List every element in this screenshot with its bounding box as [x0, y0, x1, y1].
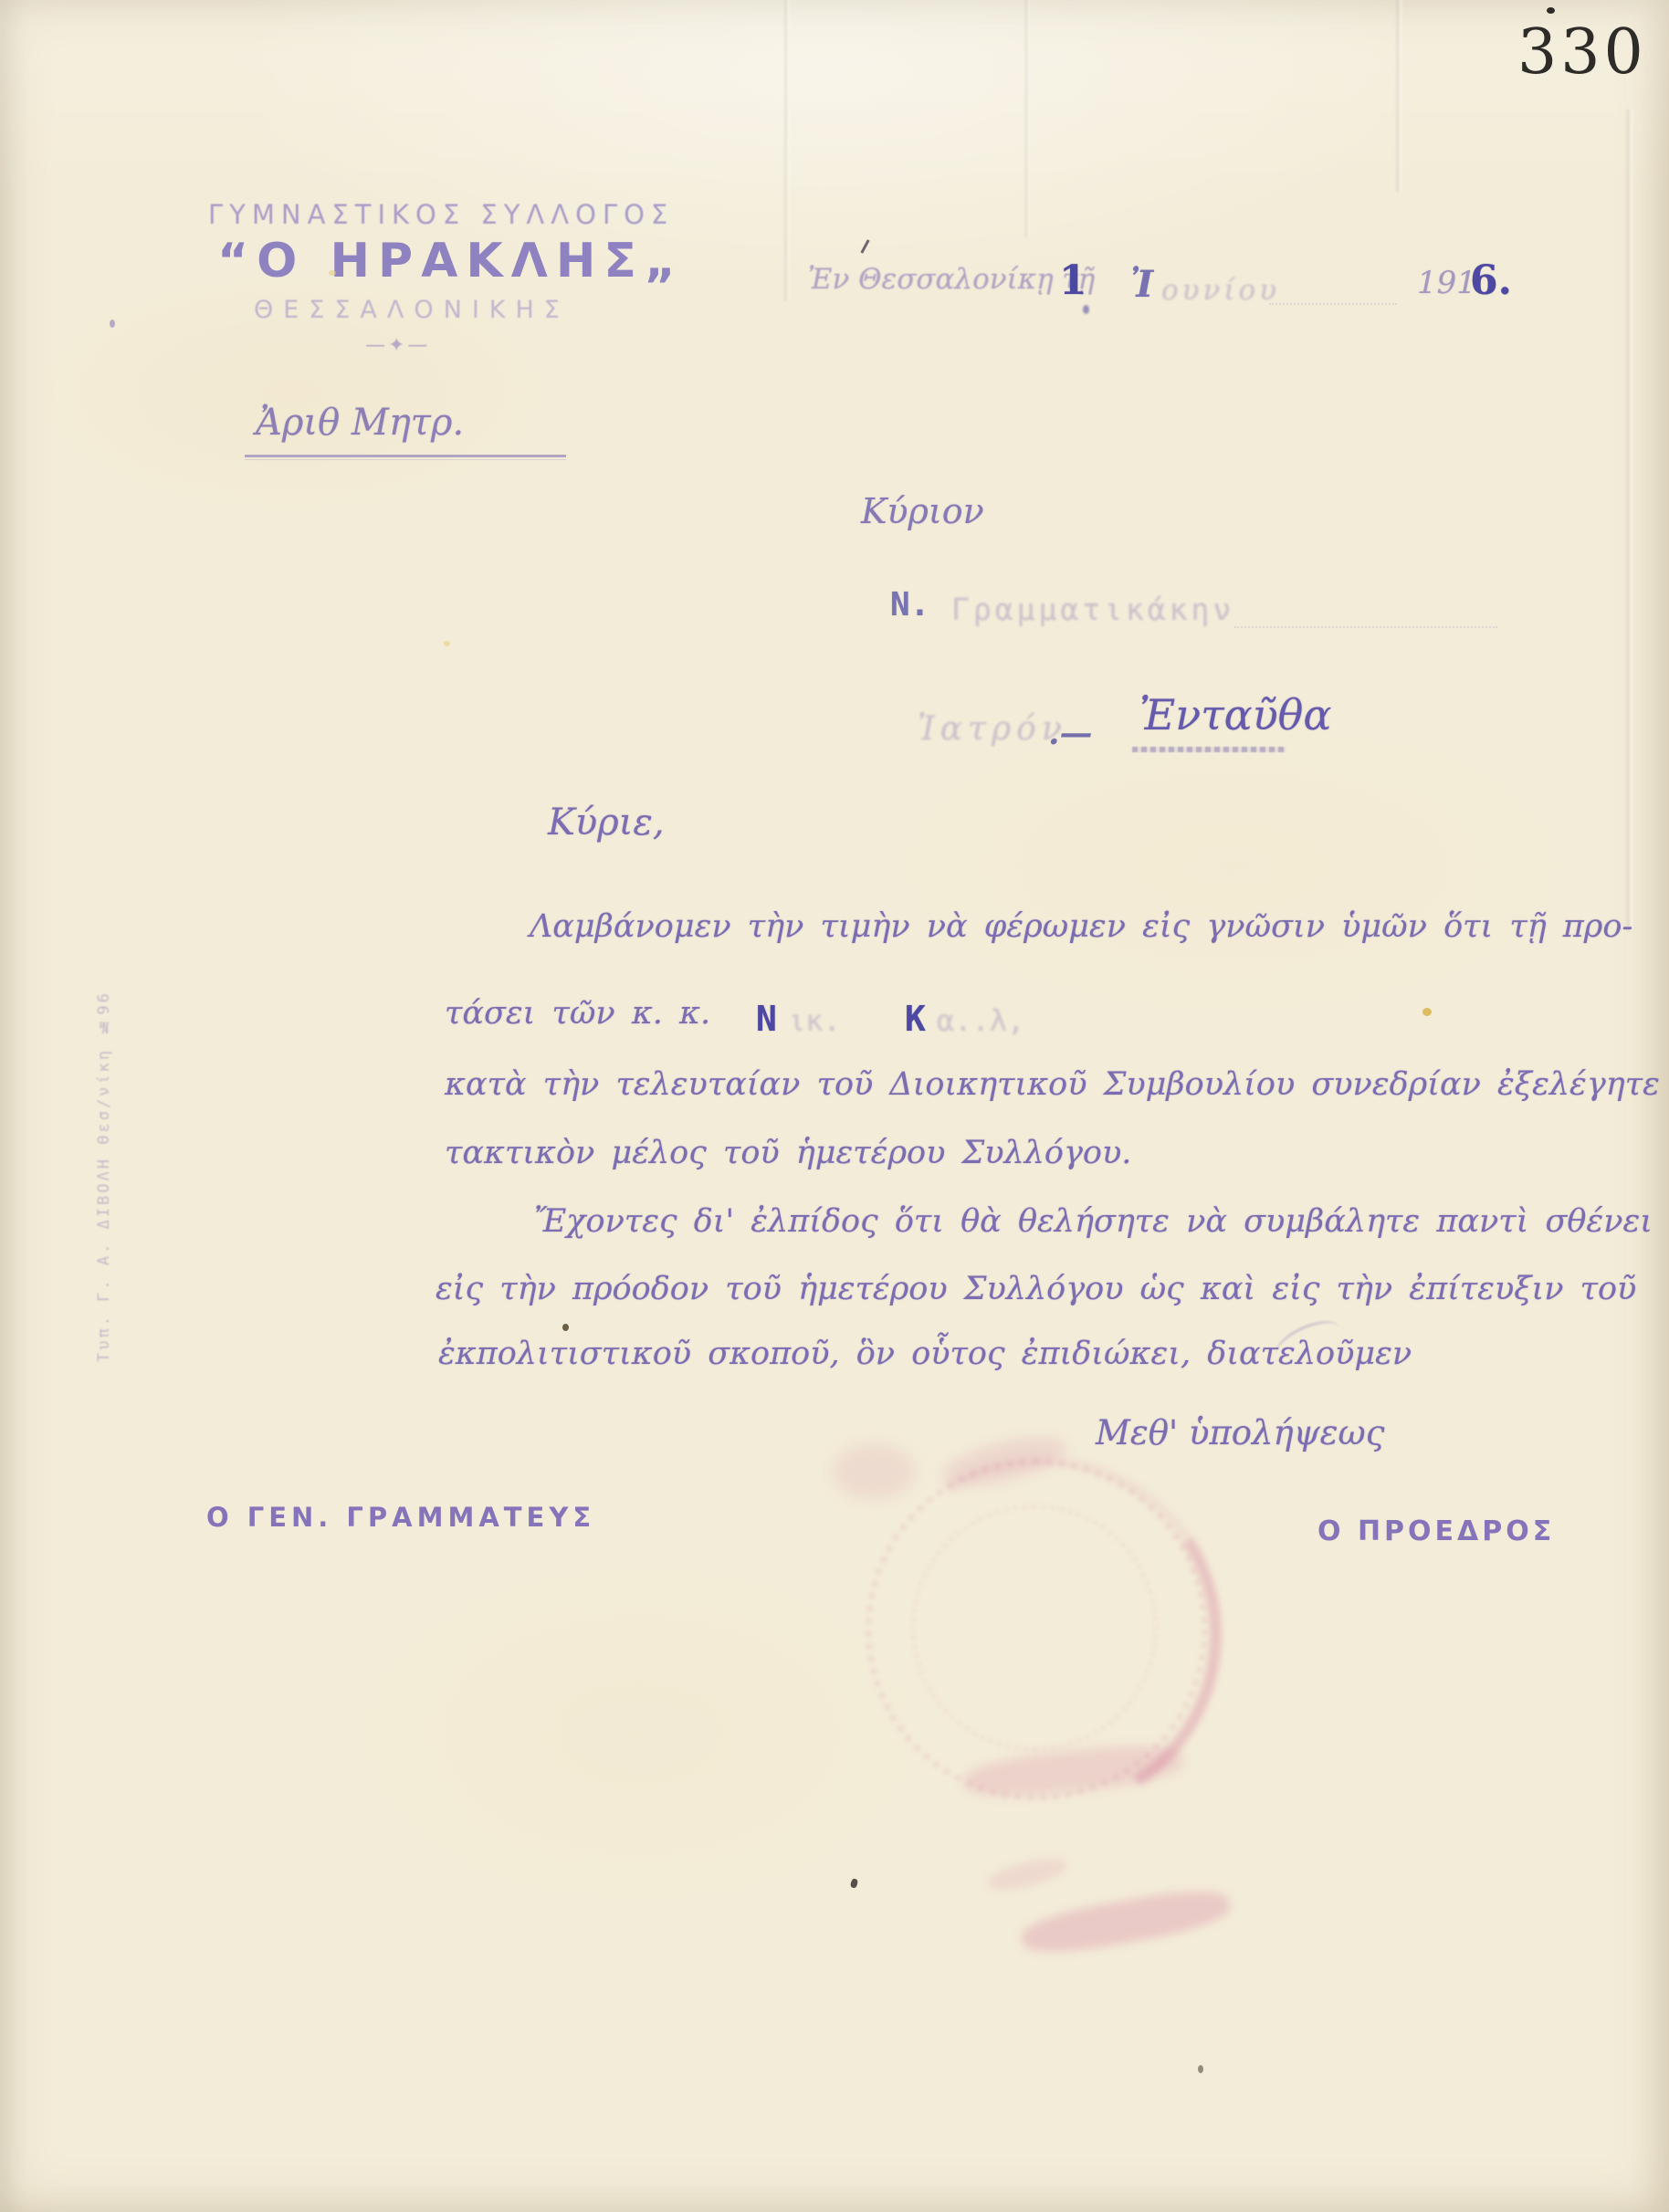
member-first-faint: ικ.	[788, 1003, 841, 1038]
member-name-line: Ν ικ. Κ α..λ,	[756, 999, 1024, 1039]
body-line: Λαμβάνομεν τὴν τιμὴν νὰ φέρωμεν εἰς γνῶσ…	[530, 908, 1632, 945]
body-line: τακτικὸν μέλος τοῦ ἡμετέρου Συλλόγου.	[445, 1135, 1131, 1171]
dateline-place: Ἐν Θεσσαλονίκῃ τῇ	[808, 263, 1095, 296]
dateline-year-digit: 6.	[1470, 257, 1512, 304]
ink-speck	[850, 1878, 858, 1888]
red-stamp-smudge	[833, 1444, 915, 1499]
letterhead-org-name: ΓΥΜΝΑΣΤΙΚΟΣ ΣΥΛΛΟΓΟΣ	[208, 199, 674, 230]
letterhead-club-name: “Ο ΗΡΑΚΛΗΣ„	[217, 234, 684, 288]
addressee-title-faint: Ἰατρόν	[918, 710, 1067, 748]
ink-mark	[1083, 305, 1089, 314]
addressee-dotted-leader	[1234, 624, 1497, 628]
pen-mark	[860, 239, 869, 254]
paper-crease	[1395, 0, 1403, 192]
signature-secretary-title: Ο ΓΕΝ. ΓΡΑΜΜΑΤΕΥΣ	[206, 1502, 595, 1533]
body-line: εἰς τὴν πρόοδον τοῦ ἡμετέρου Συλλόγου ὡς…	[436, 1271, 1636, 1307]
dateline-day: 1	[1059, 257, 1087, 304]
body-line: ἐκπολιτιστικοῦ σκοποῦ, ὃν οὗτος ἐπιδιώκε…	[438, 1336, 1412, 1372]
member-last-initial: Κ	[905, 999, 926, 1039]
addressee-location: Ἐνταῦθα	[1139, 690, 1331, 739]
body-line: τάσει τῶν κ. κ.	[445, 995, 710, 1032]
paper-crease	[1625, 110, 1634, 931]
dateline-dotted-leader	[1269, 301, 1397, 305]
paper-speck	[562, 1324, 569, 1331]
addressee-name-faint: Γραμματικάκην	[951, 592, 1234, 627]
body-line: Ἔχοντες δι' ἐλπίδος ὅτι θὰ θελήσητε νὰ σ…	[534, 1203, 1653, 1240]
signature-president-title: Ο ΠΡΟΕΔΡΟΣ	[1317, 1515, 1555, 1547]
scanned-letter-page: 330 ΓΥΜΝΑΣΤΙΚΟΣ ΣΥΛΛΟΓΟΣ “Ο ΗΡΑΚΛΗΣ„ ΘΕΣ…	[0, 0, 1669, 2212]
registry-underline	[245, 455, 566, 460]
dateline-year-printed: 191	[1417, 265, 1476, 301]
member-first-initial: Ν	[756, 999, 777, 1039]
ink-dot	[1547, 7, 1555, 14]
paper-speck	[329, 270, 336, 276]
addressee-name-initial: Ν.	[890, 586, 929, 624]
page-number: 330	[1517, 16, 1647, 89]
letterhead-city: ΘΕΣΣΑΛΟΝΙΚΗΣ	[254, 296, 570, 324]
location-underline	[1132, 747, 1286, 752]
paper-crease	[783, 0, 791, 301]
dateline-month-initial: Ἰ	[1130, 263, 1153, 306]
member-last-faint: α..λ,	[937, 1003, 1024, 1038]
closing-phrase: Μεθ' ὑπολήψεως	[1096, 1413, 1384, 1452]
printer-imprint: Τυπ. Γ. Α. ΔΙΒΟΛΗ Θεσ/νίκη №96	[95, 979, 113, 1362]
addressee-dash: .—	[1048, 714, 1093, 752]
divider-ornament-icon: —✦—	[365, 334, 430, 357]
body-line: κατὰ τὴν τελευταίαν τοῦ Διοικητικοῦ Συμβ…	[445, 1066, 1660, 1103]
red-stamp-smudge	[1019, 1882, 1233, 1960]
addressee-honorific: Κύριον	[861, 491, 984, 531]
paper-crease	[1024, 0, 1031, 237]
registry-number-label: Ἀριθ Μητρ.	[256, 402, 464, 444]
paper-speck	[110, 320, 115, 328]
paper-speck	[1422, 1008, 1432, 1016]
paper-texture-overlay	[0, 0, 1669, 2212]
salutation: Κύριε,	[548, 802, 665, 844]
dateline-month-faint: ουνίου	[1161, 274, 1280, 307]
paper-speck	[1198, 2065, 1203, 2073]
red-stamp-smudge	[984, 1852, 1070, 1895]
paper-speck	[444, 641, 450, 646]
